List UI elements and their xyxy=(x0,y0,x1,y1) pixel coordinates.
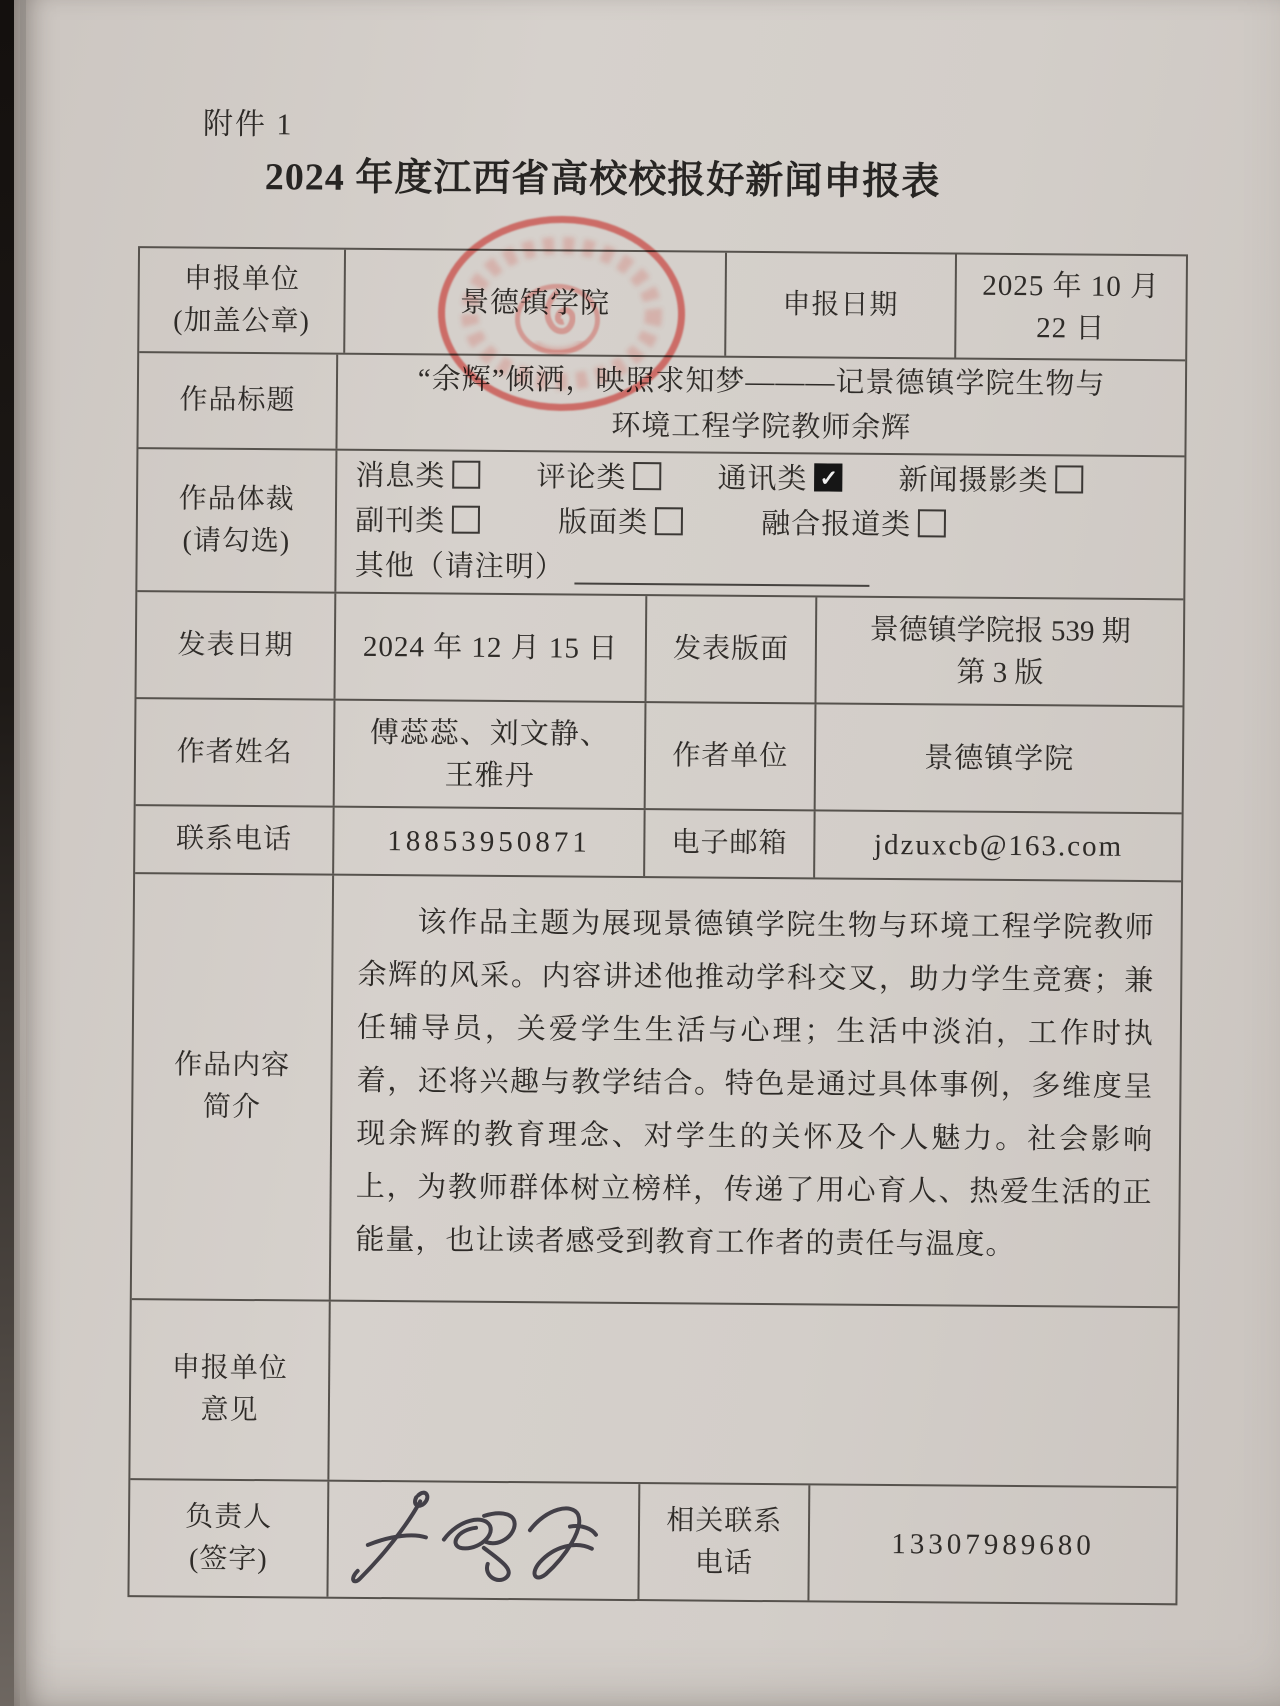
work-title-value: “余辉”倾洒，映照求知梦———记景德镇学院生物与 环境工程学院教师余辉 xyxy=(336,355,1185,456)
declaring-unit-value: 景德镇学院 xyxy=(343,250,724,356)
summary-value: 该作品主题为展现景德镇学院生物与环境工程学院教师余辉的风采。内容讲述他推动学科交… xyxy=(329,876,1181,1307)
table-row: 申报单位 (加盖公章) 景德镇学院 申报日期 2025 年 10 月 22 日 xyxy=(139,248,1186,359)
summary-label: 作品内容 简介 xyxy=(132,874,333,1300)
table-row: 作品标题 “余辉”倾洒，映照求知梦———记景德镇学院生物与 环境工程学院教师余辉 xyxy=(138,351,1185,455)
email-value: jdzuxcb@163.com xyxy=(814,811,1182,880)
table-row: 申报单位 意见 xyxy=(130,1298,1177,1486)
declare-date-label: 申报日期 xyxy=(724,253,955,358)
contact-phone-label: 相关联系 电话 xyxy=(637,1484,808,1600)
contact-phone-value: 13307989680 xyxy=(808,1485,1176,1603)
blank-line xyxy=(575,552,870,586)
signature-cell xyxy=(327,1482,639,1599)
checkbox-unchecked-icon xyxy=(1055,465,1083,493)
publish-page-label: 发表版面 xyxy=(645,596,816,702)
phone-label: 联系电话 xyxy=(135,806,333,874)
table-row: 作品体裁 (请勾选) 消息类 评论类 通讯类 新闻摄影类 副刊类 版面类 融合报… xyxy=(137,447,1184,598)
publish-date-label: 发表日期 xyxy=(137,592,335,699)
publish-page-value: 景德镇学院报 539 期 第 3 版 xyxy=(815,597,1183,705)
signer-label: 负责人 (签字) xyxy=(129,1480,327,1597)
application-form-table: 申报单位 (加盖公章) 景德镇学院 申报日期 2025 年 10 月 22 日 … xyxy=(127,246,1188,1605)
table-row: 发表日期 2024 年 12 月 15 日 发表版面 景德镇学院报 539 期 … xyxy=(137,590,1184,705)
checkbox-unchecked-icon xyxy=(452,506,480,534)
paper-sheet: 附件 1 2024 年度江西省高校校报好新闻申报表 申报单位 (加盖公章) 景德… xyxy=(14,0,1280,1706)
table-row: 联系电话 18853950871 电子邮箱 jdzuxcb@163.com xyxy=(135,804,1182,880)
genre-other-label: 其他（请注明） xyxy=(355,544,565,591)
table-row: 作者姓名 傅蕊蕊、刘文静、 王雅丹 作者单位 景德镇学院 xyxy=(136,697,1183,812)
table-row: 作品内容 简介 该作品主题为展现景德镇学院生物与环境工程学院教师余辉的风采。内容… xyxy=(132,872,1181,1306)
authors-label: 作者姓名 xyxy=(136,699,334,806)
genre-label: 作品体裁 (请勾选) xyxy=(137,449,335,592)
phone-value: 18853950871 xyxy=(332,808,643,876)
checkbox-unchecked-icon xyxy=(633,462,661,490)
checkbox-unchecked-icon xyxy=(918,509,946,537)
declare-date-value: 2025 年 10 月 22 日 xyxy=(954,255,1186,360)
table-row: 负责人 (签字) xyxy=(129,1478,1176,1603)
authors-value: 傅蕊蕊、刘文静、 王雅丹 xyxy=(333,701,645,808)
email-label: 电子邮箱 xyxy=(643,810,814,877)
publish-date-value: 2024 年 12 月 15 日 xyxy=(334,594,646,701)
attachment-label: 附件 1 xyxy=(203,99,294,144)
signature-handwriting xyxy=(333,1484,634,1596)
unit-opinion-value xyxy=(328,1302,1178,1487)
author-unit-label: 作者单位 xyxy=(644,703,815,809)
author-unit-value: 景德镇学院 xyxy=(814,704,1182,812)
checkbox-unchecked-icon xyxy=(655,507,683,535)
checkbox-unchecked-icon xyxy=(452,461,480,489)
checkbox-checked-icon xyxy=(814,463,842,491)
unit-opinion-label: 申报单位 意见 xyxy=(130,1300,329,1480)
genre-options: 消息类 评论类 通讯类 新闻摄影类 副刊类 版面类 融合报道类 其他（请注明） xyxy=(335,451,1185,599)
page-title: 2024 年度江西省高校校报好新闻申报表 xyxy=(72,144,1132,207)
declaring-unit-label: 申报单位 (加盖公章) xyxy=(139,248,344,353)
document-content: 附件 1 2024 年度江西省高校校报好新闻申报表 申报单位 (加盖公章) 景德… xyxy=(1,0,1280,1706)
work-title-label: 作品标题 xyxy=(138,353,336,449)
